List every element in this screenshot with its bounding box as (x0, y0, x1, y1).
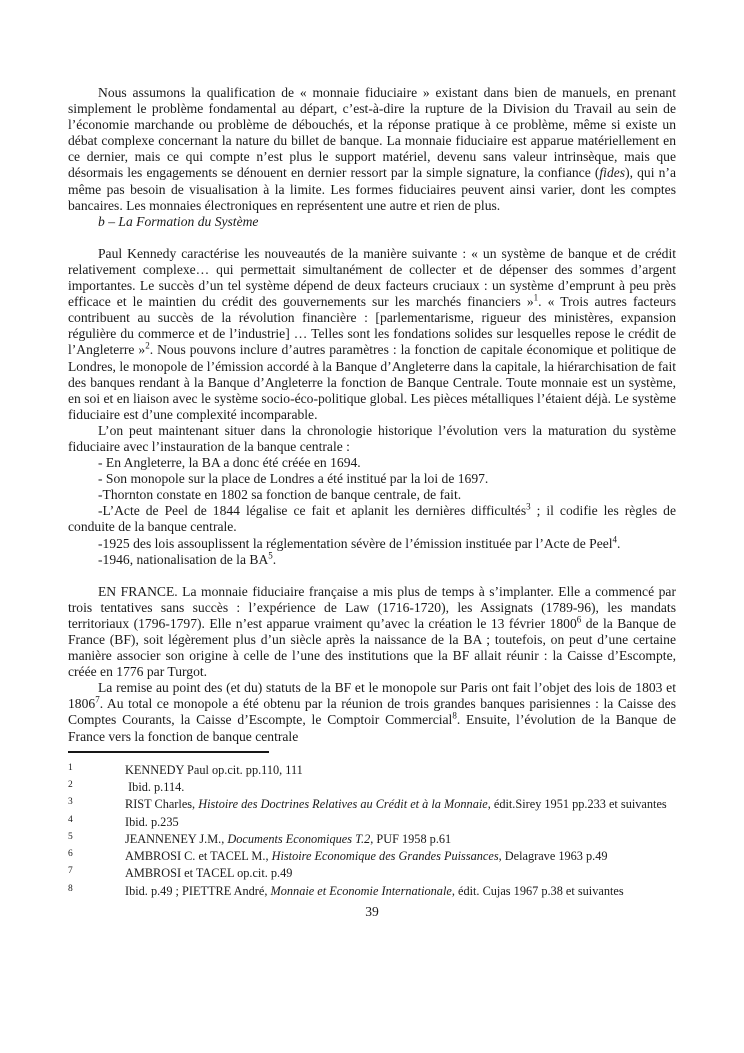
paragraph-paul-kennedy: Paul Kennedy caractérise les nouveautés … (68, 246, 676, 423)
footnote-7: 7AMBROSI et TACEL op.cit. p.49 (68, 864, 676, 881)
footnote-2: 2 Ibid. p.114. (68, 778, 676, 795)
footnote-text: AMBROSI C. et TACEL M., (125, 849, 272, 863)
footnote-number-7: 7 (68, 864, 125, 879)
list-item-1697: - Son monopole sur la place de Londres a… (68, 471, 676, 487)
footnote-text: AMBROSI et TACEL op.cit. p.49 (125, 866, 292, 880)
footnote-8: 8Ibid. p.49 ; PIETTRE André, Monnaie et … (68, 882, 676, 899)
footnote-text: , édit. Cujas 1967 p.38 et suivantes (452, 884, 624, 898)
footnote-title-italic: Histoire Economique des Grandes Puissanc… (272, 849, 499, 863)
footnote-separator-line (68, 751, 269, 753)
section-heading-formation-du-systeme: b – La Formation du Système (68, 214, 676, 230)
footnote-number-8: 8 (68, 882, 125, 897)
footnote-text: KENNEDY Paul op.cit. pp.110, 111 (125, 763, 303, 777)
footnote-text: , Delagrave 1963 p.49 (499, 849, 608, 863)
list-item-1802: -Thornton constate en 1802 sa fonction d… (68, 487, 676, 503)
paragraph-statuts-bf: La remise au point des (et du) statuts d… (68, 680, 676, 744)
footnote-4: 4Ibid. p.235 (68, 813, 676, 830)
list-item-1694: - En Angleterre, la BA a donc été créée … (68, 455, 676, 471)
footnote-text: Ibid. p.49 ; PIETTRE André, (125, 884, 271, 898)
footnote-text: , édit.Sirey 1951 pp.233 et suivantes (488, 797, 667, 811)
text-run-italic-fides: fides (599, 165, 625, 180)
text-run: -1925 des lois assouplissent la réglemen… (98, 536, 613, 551)
text-run: -L’Acte de Peel de 1844 légalise ce fait… (98, 503, 526, 518)
footnote-number-1: 1 (68, 761, 125, 776)
footnote-number-5: 5 (68, 830, 125, 845)
list-item-1844: -L’Acte de Peel de 1844 légalise ce fait… (68, 503, 676, 535)
footnote-text: RIST Charles, (125, 797, 198, 811)
footnote-number-3: 3 (68, 795, 125, 810)
text-block: Nous assumons la qualification de « monn… (68, 85, 676, 920)
text-run: . Nous pouvons inclure d’autres paramètr… (68, 342, 676, 421)
footnote-5: 5JEANNENEY J.M., Documents Economiques T… (68, 830, 676, 847)
paragraph-chronologie: L’on peut maintenant situer dans la chro… (68, 423, 676, 455)
footnote-text: , PUF 1958 p.61 (370, 832, 451, 846)
paragraph-en-france: EN FRANCE. La monnaie fiduciaire françai… (68, 584, 676, 681)
footnote-number-6: 6 (68, 847, 125, 862)
text-run: . (617, 536, 620, 551)
document-page: Nous assumons la qualification de « monn… (0, 0, 744, 1053)
text-run: -1946, nationalisation de la BA (98, 552, 268, 567)
text-run: . (273, 552, 276, 567)
footnote-title-italic: Monnaie et Economie Internationale (271, 884, 452, 898)
footnote-title-italic: Histoire des Doctrines Relatives au Créd… (198, 797, 488, 811)
list-item-1925: -1925 des lois assouplissent la réglemen… (68, 536, 676, 552)
footnote-number-2: 2 (68, 778, 125, 793)
footnote-number-4: 4 (68, 813, 125, 828)
list-item-1946: -1946, nationalisation de la BA5. (68, 552, 676, 568)
footnote-6: 6AMBROSI C. et TACEL M., Histoire Econom… (68, 847, 676, 864)
footnote-text: Ibid. p.114. (125, 780, 184, 794)
footnote-title-italic: Documents Economiques T.2 (227, 832, 370, 846)
footnote-text: Ibid. p.235 (125, 815, 179, 829)
footnote-1: 1KENNEDY Paul op.cit. pp.110, 111 (68, 761, 676, 778)
page-number: 39 (68, 904, 676, 920)
footnotes-section: 1KENNEDY Paul op.cit. pp.110, 111 2 Ibid… (68, 751, 676, 899)
text-run: Nous assumons la qualification de « monn… (68, 85, 676, 180)
footnote-text: JEANNENEY J.M., (125, 832, 227, 846)
paragraph-monnaie-fiduciaire: Nous assumons la qualification de « monn… (68, 85, 676, 214)
footnote-3: 3RIST Charles, Histoire des Doctrines Re… (68, 795, 676, 812)
